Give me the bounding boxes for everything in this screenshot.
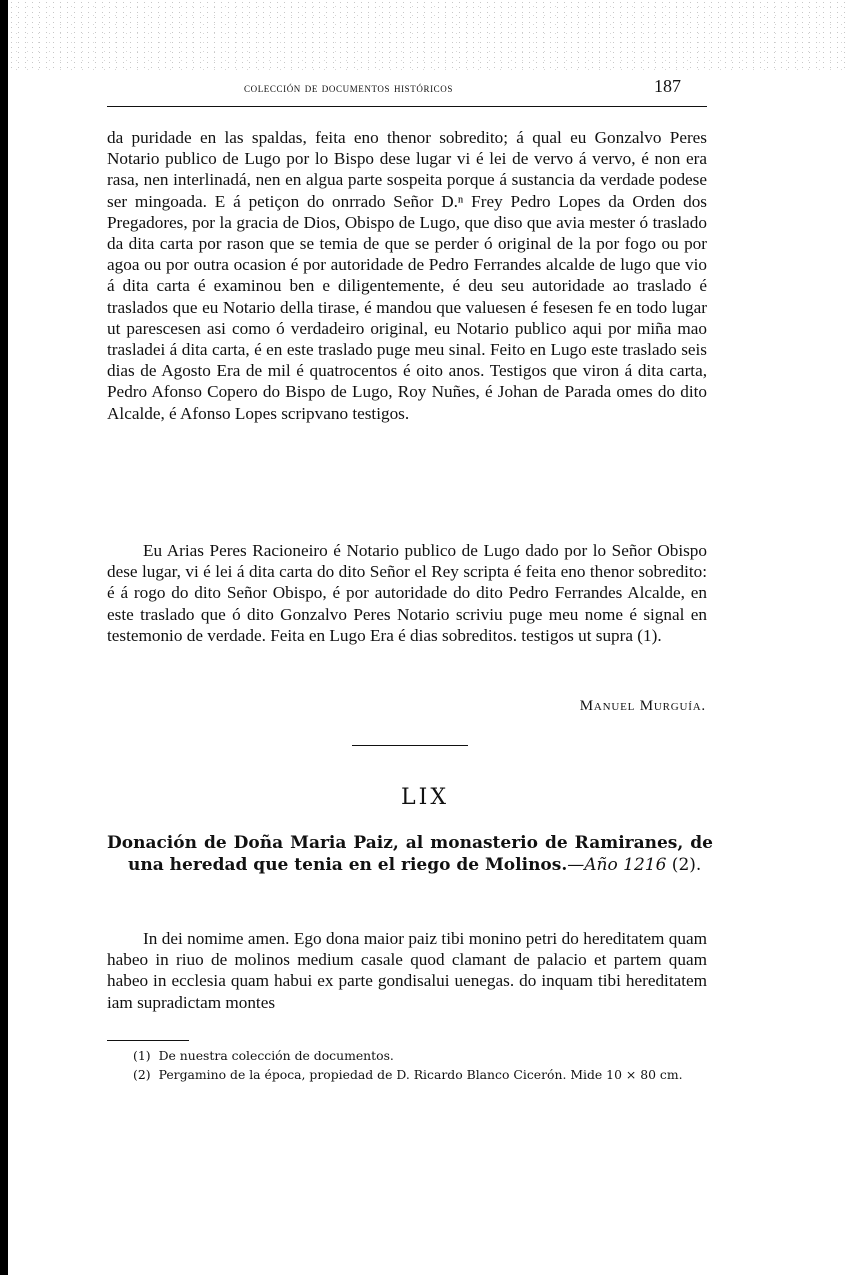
title-date: —Año 1216	[567, 855, 666, 875]
footnote-2: (2)Pergamino de la época, propiedad de D…	[107, 1065, 713, 1084]
footnote-ref: (2).	[666, 855, 701, 875]
paragraph-text: In dei nomime amen. Ego dona maior paiz …	[107, 928, 707, 1013]
document-number: LIX	[0, 785, 850, 810]
signature: Manuel Murguía.	[580, 698, 706, 715]
notary-paragraph: Eu Arias Peres Racioneiro é Notario publ…	[107, 540, 707, 646]
running-header: Colección de documentos históricos 187	[107, 74, 707, 107]
scan-edge	[0, 0, 8, 1275]
footnote-text: Pergamino de la época, propiedad de D. R…	[159, 1067, 683, 1082]
latin-paragraph: In dei nomime amen. Ego dona maior paiz …	[107, 928, 707, 1013]
continuation-paragraph: da puridade en las spaldas, feita eno th…	[107, 127, 707, 424]
footnote-mark: (2)	[133, 1067, 151, 1082]
footnote-text: De nuestra colección de documentos.	[159, 1048, 394, 1063]
scan-noise	[8, 0, 850, 70]
running-title: Colección de documentos históricos	[244, 80, 453, 96]
footnote-rule	[107, 1040, 189, 1041]
paragraph-text: da puridade en las spaldas, feita eno th…	[107, 127, 707, 424]
footnotes: (1)De nuestra colección de documentos. (…	[107, 1046, 713, 1084]
paragraph-text: Eu Arias Peres Racioneiro é Notario publ…	[107, 540, 707, 646]
section-divider	[352, 745, 468, 746]
footnote-1: (1)De nuestra colección de documentos.	[107, 1046, 713, 1065]
document-title: Donación de Doña Maria Paiz, al monaster…	[107, 833, 713, 876]
footnote-mark: (1)	[133, 1048, 151, 1063]
page-number: 187	[654, 76, 681, 97]
